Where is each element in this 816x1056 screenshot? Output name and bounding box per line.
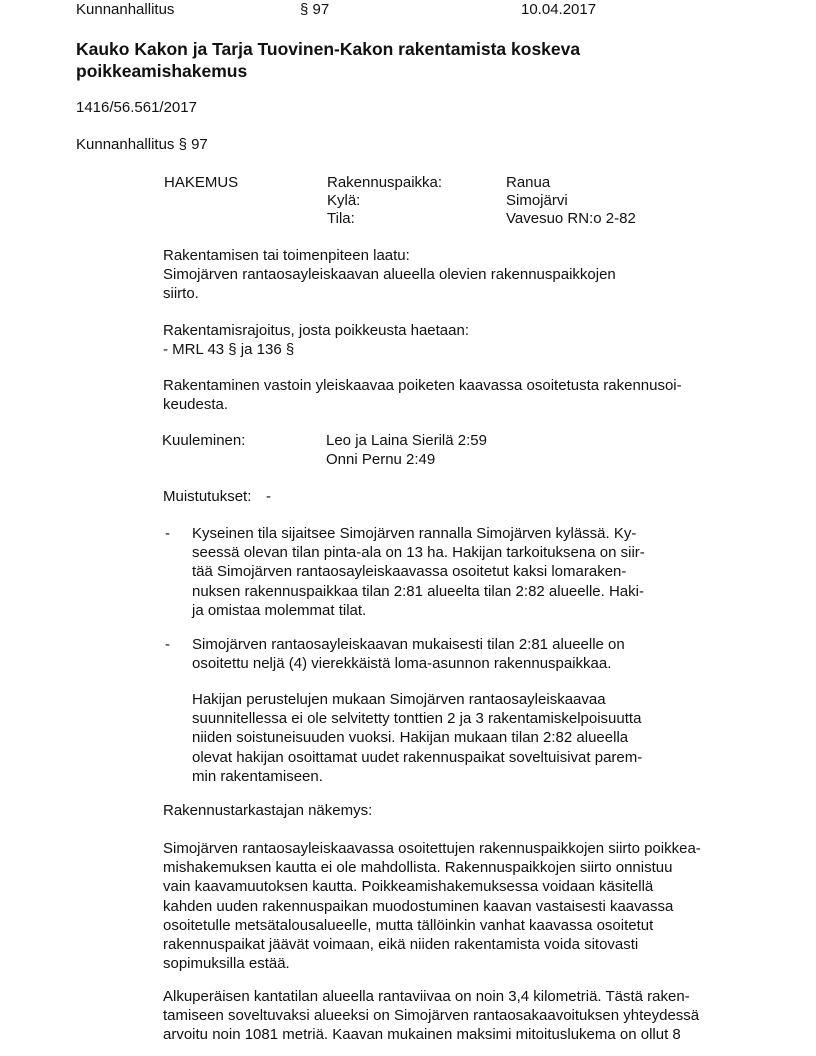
text-line: Kyseinen tila sijaitsee Simojärven ranna… xyxy=(192,524,645,543)
hearing-label: Kuuleminen: xyxy=(162,431,245,450)
inspector-view-heading: Rakennustarkastajan näkemys: xyxy=(163,801,372,820)
text-line: sopimuksilla estää. xyxy=(163,954,701,973)
text-line: vain kaavamuutoksen kautta. Poikkeamisha… xyxy=(163,877,701,896)
bullet-item-1: Kyseinen tila sijaitsee Simojärven ranna… xyxy=(192,524,645,620)
bullet-marker: - xyxy=(165,635,170,654)
text-line: suunnitellessa ei ole selvitetty tonttie… xyxy=(192,709,642,728)
field-label-rakennuspaikka: Rakennuspaikka: xyxy=(327,173,442,192)
inspector-view-paragraph-1: Simojärven rantaosayleiskaavassa osoitet… xyxy=(163,839,701,973)
text-line: osoitettu neljä (4) vierekkäistä loma-as… xyxy=(192,654,625,673)
text-line: Alkuperäisen kantatilan alueella rantavi… xyxy=(163,987,699,1006)
field-value-tila: Vavesuo RN:o 2-82 xyxy=(506,209,636,228)
hearing-party: Onni Pernu 2:49 xyxy=(326,450,487,469)
field-label-tila: Tila: xyxy=(327,209,355,228)
text-line: Rakentaminen vastoin yleiskaavaa poikete… xyxy=(163,376,682,395)
text-line: tää Simojärven rantaosayleiskaavassa oso… xyxy=(192,562,645,581)
bullet-item-2-continuation: Hakijan perustelujen mukaan Simojärven r… xyxy=(192,690,642,786)
text-line: keudesta. xyxy=(163,395,682,414)
text-line: siirto. xyxy=(163,284,616,303)
header-body: Kunnanhallitus xyxy=(76,0,174,19)
text-line: Rakentamisrajoitus, josta poikkeusta hae… xyxy=(163,321,469,340)
text-line: arvoitu noin 1081 metriä. Kaavan mukaine… xyxy=(163,1025,699,1044)
bullet-marker: - xyxy=(165,524,170,543)
text-line: seessä olevan tilan pinta-ala on 13 ha. … xyxy=(192,543,645,562)
case-number: 1416/56.561/2017 xyxy=(76,98,197,117)
text-line: Hakijan perustelujen mukaan Simojärven r… xyxy=(192,690,642,709)
meeting-reference: Kunnanhallitus § 97 xyxy=(76,135,208,154)
construction-type: Rakentamisen tai toimenpiteen laatu: Sim… xyxy=(163,246,616,304)
field-value-kyla: Simojärvi xyxy=(506,191,568,210)
text-line: kahden uuden rakennuspaikan muodostumine… xyxy=(163,897,701,916)
text-line: osoitetulle metsätalousalueelle, mutta t… xyxy=(163,916,701,935)
text-line: Simojärven rantaosayleiskaavassa osoitet… xyxy=(163,839,701,858)
text-line: Rakentamisen tai toimenpiteen laatu: xyxy=(163,246,616,265)
text-line: niiden soistuneisuuden vuoksi. Hakijan m… xyxy=(192,728,642,747)
deviation-description: Rakentaminen vastoin yleiskaavaa poikete… xyxy=(163,376,682,414)
header-date: 10.04.2017 xyxy=(521,0,596,19)
document-title-line-1: Kauko Kakon ja Tarja Tuovinen-Kakon rake… xyxy=(76,38,580,60)
text-line: mishakemuksen kautta ei ole mahdollista.… xyxy=(163,858,701,877)
bullet-item-2: Simojärven rantaosayleiskaavan mukaisest… xyxy=(192,635,625,673)
document-title-line-2: poikkeamishakemus xyxy=(76,60,247,82)
text-line: olevat hakijan osoittamat uudet rakennus… xyxy=(192,748,642,767)
text-line: min rakentamiseen. xyxy=(192,767,642,786)
text-line: Simojärven rantaosayleiskaavan alueella … xyxy=(163,265,616,284)
header-section: § 97 xyxy=(300,0,329,19)
building-restriction: Rakentamisrajoitus, josta poikkeusta hae… xyxy=(163,321,469,359)
text-line: ja omistaa molemmat tilat. xyxy=(192,601,645,620)
text-line: tamiseen soveltuvaksi alueeksi on Simojä… xyxy=(163,1006,699,1025)
field-label-kyla: Kylä: xyxy=(327,191,360,210)
hearing-parties: Leo ja Laina Sierilä 2:59 Onni Pernu 2:4… xyxy=(326,431,487,469)
inspector-view-paragraph-2: Alkuperäisen kantatilan alueella rantavi… xyxy=(163,987,699,1045)
text-line: rakennuspaikat jäävät voimaan, eikä niid… xyxy=(163,935,701,954)
application-heading: HAKEMUS xyxy=(164,173,238,192)
hearing-party: Leo ja Laina Sierilä 2:59 xyxy=(326,431,487,450)
field-value-rakennuspaikka: Ranua xyxy=(506,173,550,192)
text-line: nuksen rakennuspaikkaa tilan 2:81 alueel… xyxy=(192,582,645,601)
text-line: - MRL 43 § ja 136 § xyxy=(163,340,469,359)
text-line: Simojärven rantaosayleiskaavan mukaisest… xyxy=(192,635,625,654)
remarks-label: Muistutukset: xyxy=(163,487,251,506)
remarks-value: - xyxy=(266,487,271,506)
